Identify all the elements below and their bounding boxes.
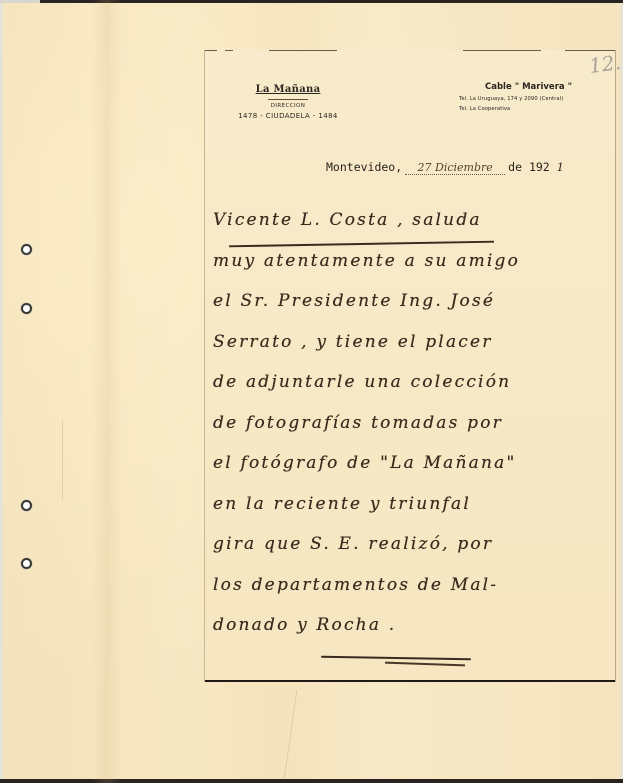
archive-folder-page: 11 12. La Mañana DIRECCION 1478 - CIUDAD… bbox=[0, 0, 623, 783]
body-line-text: de adjuntarle una colección bbox=[213, 372, 511, 392]
body-line: Serrato , y tiene el placer bbox=[213, 332, 608, 373]
body-line-text: el Sr. Presidente Ing. José bbox=[213, 291, 495, 311]
body-line: de adjuntarle una colección bbox=[213, 372, 608, 413]
paper-crease bbox=[284, 690, 298, 779]
cable-address: Cable " Marivera " bbox=[459, 82, 609, 92]
body-line-text: el fotógrafo de "La Mañana" bbox=[213, 453, 517, 473]
body-line-text: en la reciente y triunfal bbox=[213, 494, 471, 514]
letterhead-address: 1478 - CIUDADELA - 1484 bbox=[223, 112, 353, 120]
body-line: Vicente L. Costa , saluda bbox=[213, 210, 608, 251]
top-rule-segment bbox=[205, 50, 217, 51]
dateline-year-suffix: 1 bbox=[557, 160, 564, 174]
archive-number: 12. bbox=[587, 50, 622, 78]
folder-fold-shadow bbox=[92, 0, 122, 783]
binder-hole-icon bbox=[21, 244, 32, 255]
body-line-text: Serrato , y tiene el placer bbox=[213, 332, 493, 352]
page-top-edge bbox=[40, 0, 623, 3]
signature-underline bbox=[229, 241, 494, 247]
body-line: gira que S. E. realizó, por bbox=[213, 534, 608, 575]
binder-hole-icon bbox=[21, 558, 32, 569]
top-rule-segment bbox=[225, 50, 233, 51]
page-top-edge-left bbox=[0, 0, 40, 3]
body-line-text: los departamentos de Mal- bbox=[213, 575, 498, 595]
body-line: los departamentos de Mal- bbox=[213, 575, 608, 616]
dateline-year-prefix: de 192 bbox=[508, 160, 550, 174]
body-line: de fotografías tomadas por bbox=[213, 413, 608, 454]
paper-crease bbox=[62, 420, 63, 500]
page-left-edge bbox=[0, 0, 3, 783]
closing-flourish bbox=[321, 656, 471, 661]
binder-hole-icon bbox=[21, 303, 32, 314]
dateline: Montevideo,27 Diciembrede 192 1 bbox=[326, 160, 564, 175]
newspaper-masthead: La Mañana bbox=[223, 84, 353, 95]
body-line: el fotógrafo de "La Mañana" bbox=[213, 453, 608, 494]
handwritten-date: 27 Diciembre bbox=[405, 161, 505, 175]
telephone-line-1: Tel. La Uruguaya, 174 y 2090 (Central) bbox=[459, 96, 609, 102]
body-line-text: donado y Rocha . bbox=[213, 615, 396, 635]
body-line: muy atentamente a su amigo bbox=[213, 251, 608, 292]
closing-flourish-stroke bbox=[385, 662, 465, 666]
body-line-text: de fotografías tomadas por bbox=[213, 413, 503, 433]
letter-bottom-edge bbox=[205, 680, 615, 682]
top-rule-segment bbox=[269, 50, 337, 51]
body-line: el Sr. Presidente Ing. José bbox=[213, 291, 608, 332]
masthead-rule bbox=[268, 99, 308, 100]
body-line-text: Vicente L. Costa , saluda bbox=[213, 210, 482, 230]
body-line-text: gira que S. E. realizó, por bbox=[213, 534, 493, 554]
letterhead-left: La Mañana DIRECCION 1478 - CIUDADELA - 1… bbox=[223, 84, 353, 120]
letterhead-right: Cable " Marivera " Tel. La Uruguaya, 174… bbox=[459, 82, 609, 112]
handwritten-body: Vicente L. Costa , saluda muy atentament… bbox=[213, 210, 608, 656]
binder-hole-icon bbox=[21, 500, 32, 511]
body-line-text: muy atentamente a su amigo bbox=[213, 251, 520, 271]
telephone-line-2: Tel. La Cooperativa bbox=[459, 106, 609, 112]
body-line: donado y Rocha . bbox=[213, 615, 608, 656]
dateline-place: Montevideo, bbox=[326, 160, 402, 174]
direccion-label: DIRECCION bbox=[223, 103, 353, 109]
body-line: en la reciente y triunfal bbox=[213, 494, 608, 535]
top-rule-segment bbox=[463, 50, 541, 51]
letter-sheet: 11 12. La Mañana DIRECCION 1478 - CIUDAD… bbox=[204, 50, 616, 682]
